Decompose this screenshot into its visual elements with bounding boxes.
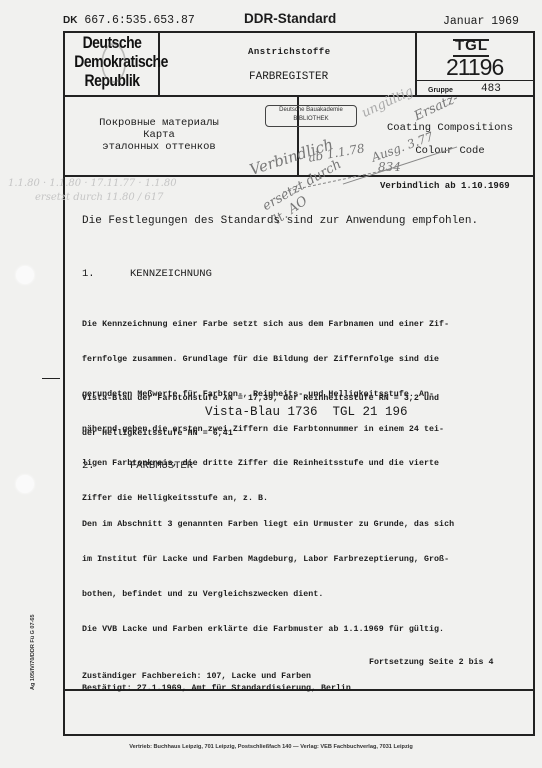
divider xyxy=(415,31,417,96)
section-title: KENNZEICHNUNG xyxy=(130,268,212,280)
example-code: Vista-Blau 1736 TGL 21 196 xyxy=(205,405,408,419)
dk-classification: DK 667.6:535.653.87 xyxy=(63,14,195,27)
validity-date: Verbindlich ab 1.10.1969 xyxy=(380,181,510,191)
section-number: 2. xyxy=(82,460,95,472)
margin-print-code: Ag 105/IV/70/DDR Fü G 07-65 xyxy=(30,615,36,691)
distribution-line: Vertrieb: Buchhaus Leipzig, 701 Leipzig,… xyxy=(0,744,542,750)
responsibility-info: Zuständiger Fachbereich: 107, Lacke und … xyxy=(82,671,351,694)
divider xyxy=(63,175,535,177)
punch-hole xyxy=(16,266,34,284)
library-stamp: Deutsche Bauakademie BIBLIOTHEK xyxy=(265,105,357,127)
subject: Anstrichstoffe xyxy=(248,47,331,57)
pencil-marks: 1.1.80 · 1.1.80 · 17.11.77 · 1.1.80 xyxy=(8,178,177,189)
pencil-marks: ersetzt durch 11.80 / 617 xyxy=(35,192,164,203)
fold-mark xyxy=(42,378,60,379)
ddr-logo: Deutsche Demokratische Republik xyxy=(74,33,149,95)
english-title-line1: Coating Compositions xyxy=(365,122,535,134)
issue-date: Januar 1969 xyxy=(443,15,519,28)
continuation-note: Fortsetzung Seite 2 bis 4 xyxy=(369,658,493,667)
gruppe-value: 483 xyxy=(481,83,501,95)
tgl-number: 21196 xyxy=(446,54,503,81)
recommendation: Die Festlegungen des Standards sind zur … xyxy=(82,215,478,227)
punch-hole xyxy=(16,475,34,493)
divider xyxy=(63,95,535,97)
state-emblem-icon xyxy=(101,43,126,83)
tgl-label: TGL xyxy=(455,37,488,54)
section-paragraph: Den im Abschnitt 3 genannten Farben lieg… xyxy=(82,496,522,647)
section-title: FARBMUSTER xyxy=(130,460,193,472)
russian-title: Покровные материалы Карта эталонных отте… xyxy=(60,117,258,153)
standard-label: DDR-Standard xyxy=(244,11,336,26)
document-title: FARBREGISTER xyxy=(249,71,328,83)
section-number: 1. xyxy=(82,268,95,280)
